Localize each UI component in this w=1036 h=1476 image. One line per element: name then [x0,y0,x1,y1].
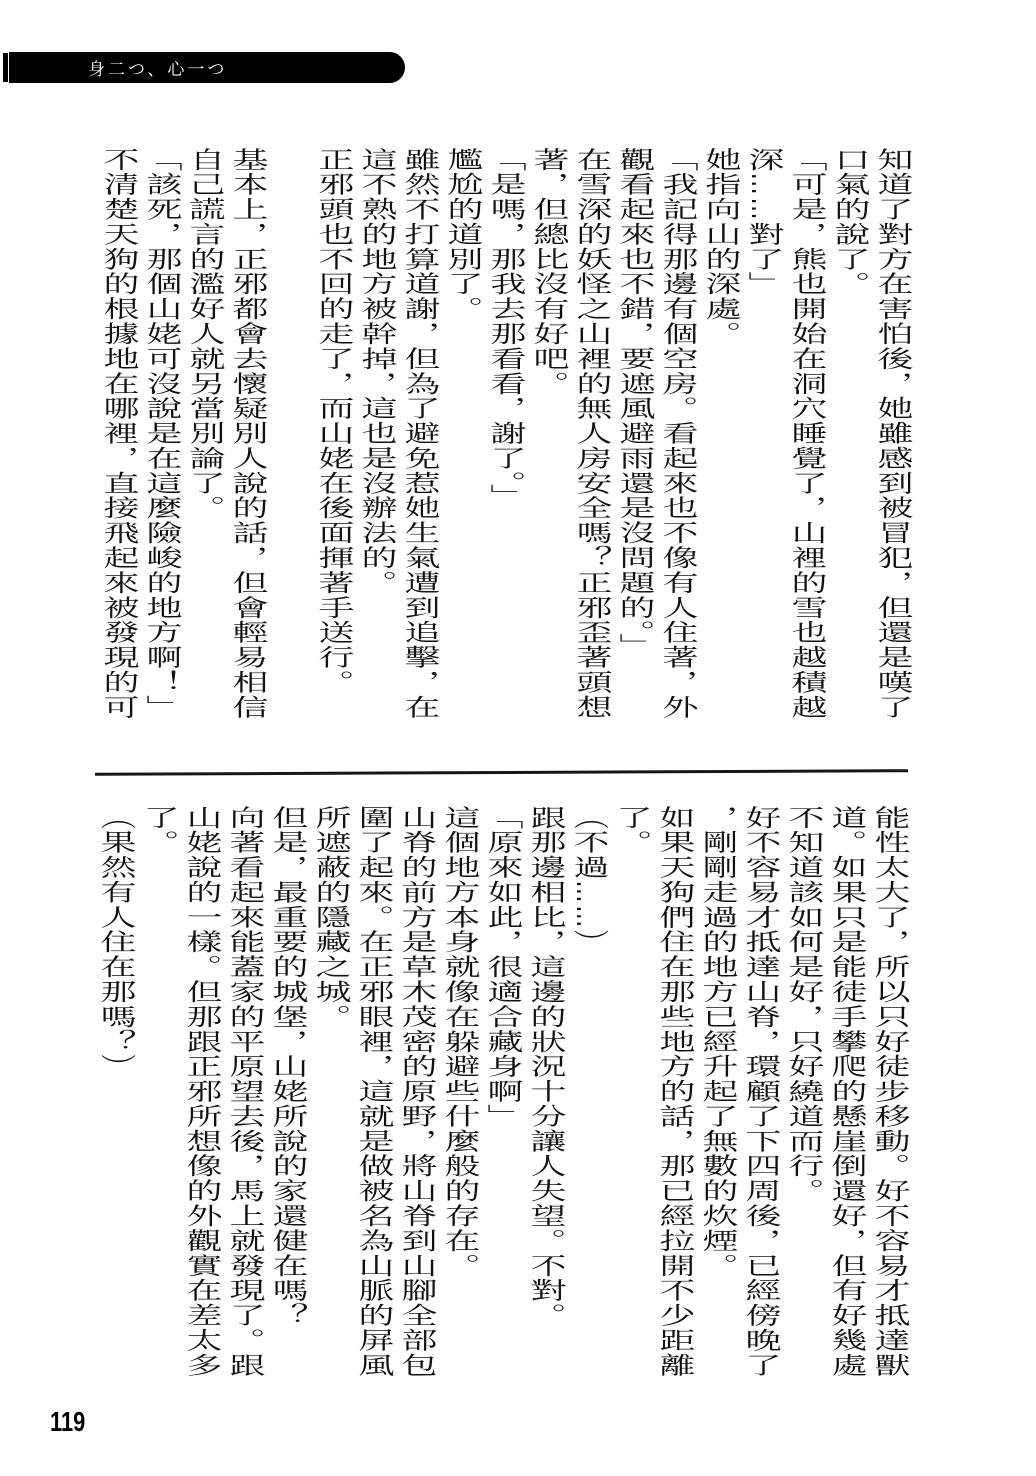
text-column: 這不熟的地方被幹掉，這也是沒辦法的。 [356,147,399,719]
chapter-title: 身二つ、心一つ [88,55,227,80]
text-section-top: 知道了對方在害怕後，她雖感到被冒犯，但還是嘆了口氣的說了。「可是，熊也開始在洞穴… [98,147,915,719]
text-section-bottom: 能性太大了，所以只好徒步移動。好不容易才抵達獸道。如果只是能徒手攀爬的懸崖倒還好… [95,805,912,1377]
text-column: 道。如果只是能徒手攀爬的懸崖倒還好，但有好幾處 [826,805,869,1377]
text-column: 知道了對方在害怕後，她雖感到被冒犯，但還是嘆了 [872,147,915,719]
text-column: 向著看起來能蓋家的平原望去後，馬上就發現了。跟 [224,805,267,1377]
text-column: 「是嗎，那我去那看看，謝了。」 [485,147,528,719]
text-column: （果然有人住在那嗎？） [95,805,138,1377]
text-column: 「可是，熊也開始在洞穴睡覺了，山裡的雪也越積越 [786,147,829,719]
text-column: 尷尬的道別了。 [442,147,485,719]
text-column: 「我記得那邊有個空房。看起來也不像有人住著，外 [657,147,700,719]
text-column: 著，但總比沒有好吧。 [528,147,571,719]
text-column: 在雪深的妖怪之山裡的無人房安全嗎？正邪歪著頭想 [571,147,614,719]
text-column: 了。 [611,805,654,1377]
text-column: 她指向山的深處。 [700,147,743,719]
text-column: 基本上，正邪都會去懷疑別人說的話，但會輕易相信 [227,147,270,719]
text-column: 跟那邊相比，這邊的狀況十分讓人失望。不對。 [525,805,568,1377]
text-column: 雖然不打算道謝，但為了避免惹她生氣遭到追擊，在 [399,147,442,719]
text-column: 山姥說的一樣。但那跟正邪所想像的外觀實在差太多 [181,805,224,1377]
text-column: 但是，最重要的城堡，山姥所說的家還健在嗎？ [267,805,310,1377]
text-column: 正邪頭也不回的走了，而山姥在後面揮著手送行。 [313,147,356,719]
text-column: 自己謊言的濫好人就另當別論了。 [184,147,227,719]
text-column: 觀看起來也不錯，要遮風避雨還是沒問題的。」 [614,147,657,719]
text-column: 了。 [138,805,181,1377]
text-column: 「該死，那個山姥可沒說是在這麼險峻的地方啊！」 [141,147,184,719]
text-column: 所遮蔽的隱藏之城。 [310,805,353,1377]
header-left-notch [3,53,8,82]
text-column: 口氣的說了。 [829,147,872,719]
text-column: 圍了起來。在正邪眼裡，這就是做被名為山脈的屏風 [353,805,396,1377]
text-column: 不知道該如何是好，只好繞道而行。 [783,805,826,1377]
book-page: 身二つ、心一つ 知道了對方在害怕後，她雖感到被冒犯，但還是嘆了口氣的說了。「可是… [0,0,1036,1476]
text-column: 不清楚天狗的根據地在哪裡，直接飛起來被發現的可 [98,147,141,719]
text-column: 能性太大了，所以只好徒步移動。好不容易才抵達獸 [869,805,912,1377]
section-divider [95,769,908,776]
text-column: 「原來如此，很適合藏身啊」 [482,805,525,1377]
text-column: 這個地方本身就像在躲避些什麼般的存在。 [439,805,482,1377]
text-column: ，剛剛走過的地方已經升起了無數的炊煙。 [697,805,740,1377]
text-column: 好不容易才抵達山脊，環顧了下四周後，已經傍晚了 [740,805,783,1377]
page-number: 119 [50,1406,85,1438]
column-break-gap [270,147,313,719]
text-column: 山脊的前方是草木茂密的原野，將山脊到山腳全部包 [396,805,439,1377]
text-column: 深……對了」 [743,147,786,719]
text-column: （不過……） [568,805,611,1377]
text-column: 如果天狗們住在那些地方的話，那已經拉開不少距離 [654,805,697,1377]
chapter-header-banner: 身二つ、心一つ [9,52,405,83]
